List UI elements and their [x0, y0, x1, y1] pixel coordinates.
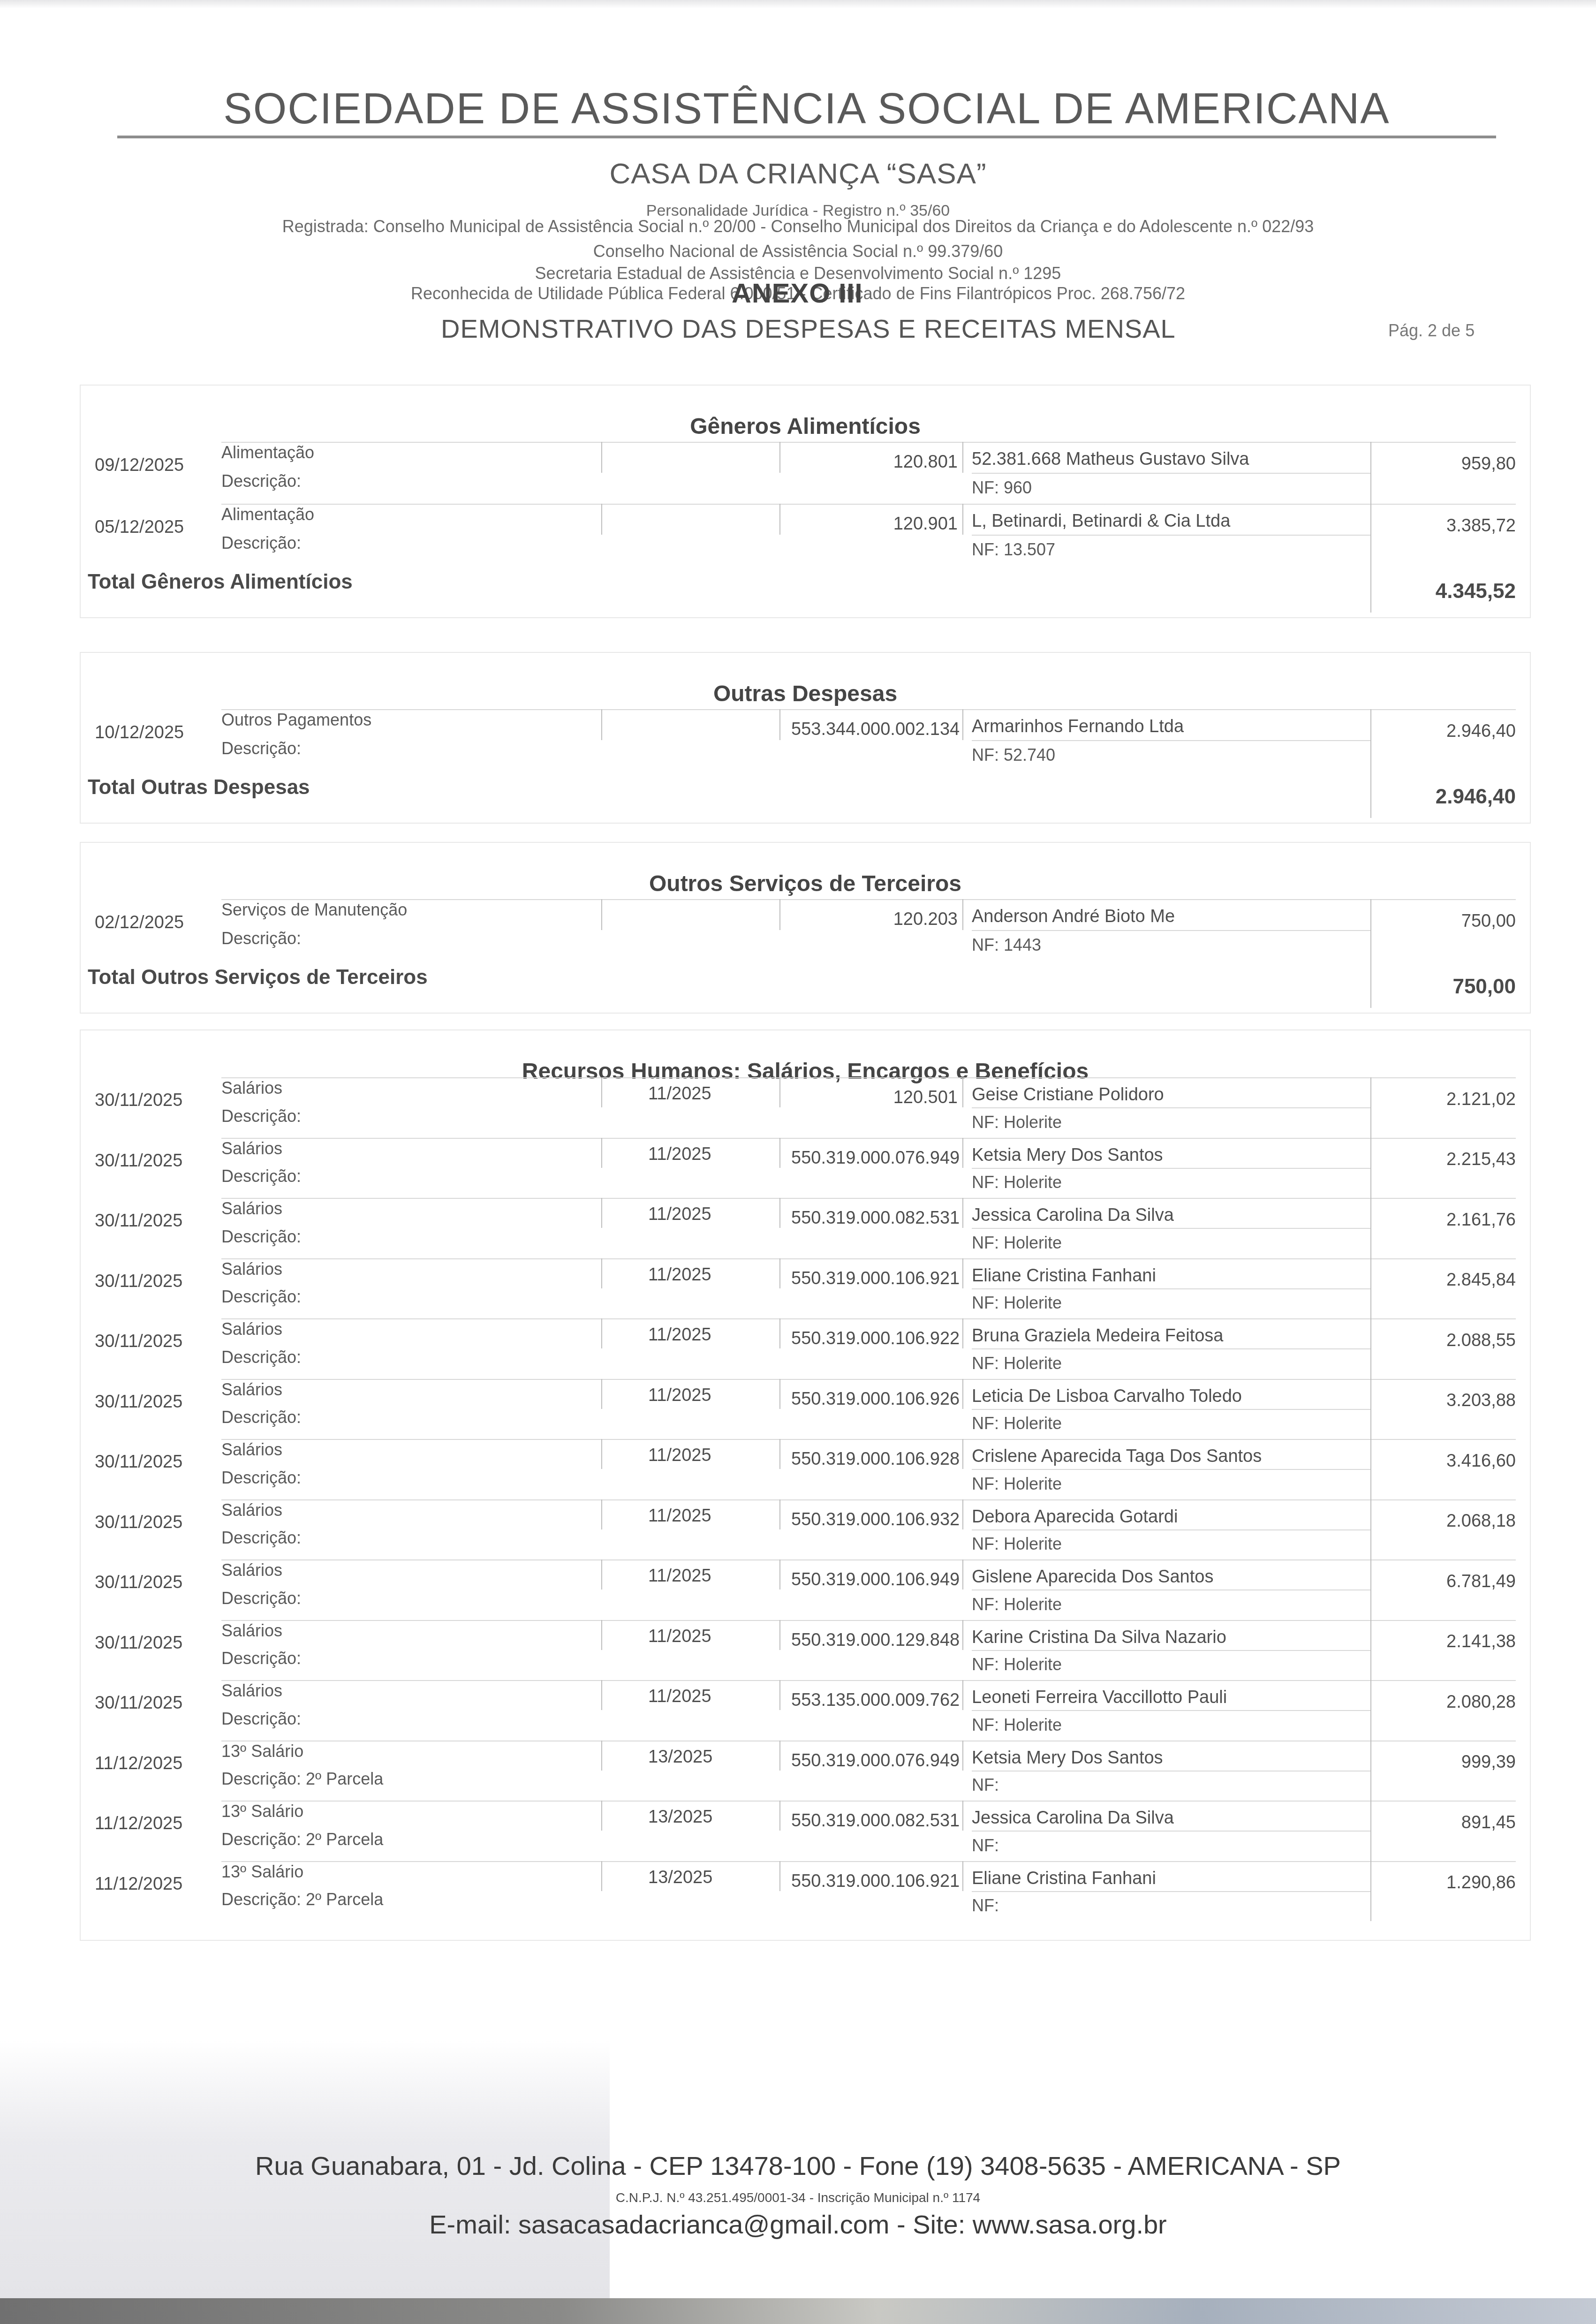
entry-description: Descrição:: [221, 1528, 301, 1548]
entry-competence: 13/2025: [648, 1807, 712, 1827]
section-title: Gêneros Alimentícios: [81, 414, 1530, 439]
entry-description: Descrição:: [221, 1649, 301, 1668]
column-divider: [779, 1559, 780, 1590]
column-divider: [779, 709, 780, 740]
table-row: 09/12/2025AlimentaçãoDescrição:120.80152…: [81, 442, 1530, 504]
row-divider: [972, 1469, 1370, 1470]
row-divider: [972, 1771, 1370, 1771]
table-row: 30/11/2025SaláriosDescrição:11/2025550.3…: [81, 1198, 1530, 1258]
entry-date: 30/11/2025: [95, 1513, 182, 1533]
entry-value: 891,45: [1380, 1813, 1516, 1833]
entry-supplier: Debora Aparecida Gotardi: [972, 1507, 1178, 1527]
column-divider: [1370, 1379, 1371, 1439]
column-divider: [601, 1861, 602, 1891]
entry-description: Descrição: 2º Parcela: [221, 1890, 383, 1909]
table-row: 30/11/2025SaláriosDescrição:11/2025550.3…: [81, 1318, 1530, 1379]
entry-value: 3.203,88: [1380, 1391, 1516, 1411]
column-divider: [1370, 1861, 1371, 1922]
entry-document: 553.344.000.002.134: [791, 719, 958, 740]
entry-supplier: Geise Cristiane Polidoro: [972, 1085, 1164, 1105]
table-row: 30/11/2025SaláriosDescrição:11/2025550.3…: [81, 1138, 1530, 1198]
entry-value: 2.845,84: [1380, 1270, 1516, 1290]
row-divider: [972, 473, 1370, 474]
entry-date: 30/11/2025: [95, 1151, 182, 1171]
entry-supplier: Karine Cristina Da Silva Nazario: [972, 1628, 1226, 1648]
column-divider: [601, 1138, 602, 1168]
entry-competence: 11/2025: [648, 1687, 711, 1707]
row-divider: [221, 709, 1516, 710]
column-divider: [779, 504, 780, 535]
column-divider: [601, 1499, 602, 1529]
entry-category: 13º Salário: [221, 1862, 303, 1882]
table-row: 02/12/2025Serviços de ManutençãoDescriçã…: [81, 899, 1530, 961]
entry-document: 550.319.000.076.949: [791, 1751, 958, 1771]
entry-category: Outros Pagamentos: [221, 710, 371, 730]
institution-name: CASA DA CRIANÇA “SASA”: [0, 157, 1596, 190]
row-divider: [972, 1348, 1370, 1349]
row-divider: [972, 1107, 1370, 1108]
entry-document: 553.135.000.009.762: [791, 1690, 958, 1711]
entry-category: Salários: [221, 1199, 282, 1219]
registration-line: Conselho Nacional de Assistência Social …: [0, 242, 1596, 261]
entry-nf: NF: Holerite: [972, 1474, 1062, 1494]
entry-value: 2.141,38: [1380, 1632, 1516, 1652]
entry-nf: NF:: [972, 1775, 999, 1795]
entry-value: 2.088,55: [1380, 1331, 1516, 1351]
column-divider: [779, 1861, 780, 1891]
row-divider: [221, 1559, 1516, 1560]
entry-date: 30/11/2025: [95, 1633, 182, 1653]
section-total-value: 750,00: [1370, 975, 1516, 999]
entry-date: 02/12/2025: [95, 913, 184, 933]
column-divider: [962, 1499, 963, 1529]
column-divider: [601, 504, 602, 535]
entry-description: Descrição:: [221, 1709, 301, 1729]
column-divider: [779, 1680, 780, 1710]
section-title: Outras Despesas: [81, 681, 1530, 707]
entry-category: Salários: [221, 1500, 282, 1520]
column-divider: [962, 1138, 963, 1168]
row-divider: [221, 1258, 1516, 1259]
entry-category: Salários: [221, 1319, 282, 1339]
row-divider: [221, 1077, 1516, 1078]
column-divider: [601, 1318, 602, 1348]
column-divider: [1370, 1559, 1371, 1620]
column-divider: [601, 1258, 602, 1288]
section-3: Recursos Humanos: Salários, Encargos e B…: [80, 1030, 1531, 1941]
entry-value: 3.385,72: [1380, 516, 1516, 536]
column-divider: [1370, 1680, 1371, 1741]
column-divider: [962, 1318, 963, 1348]
entry-value: 2.946,40: [1380, 721, 1516, 742]
row-divider: [221, 504, 1516, 505]
entry-document: 550.319.000.106.921: [791, 1871, 958, 1892]
entry-description: Descrição:: [221, 1106, 301, 1126]
entry-document: 120.501: [791, 1088, 958, 1108]
column-divider: [962, 1439, 963, 1469]
row-divider: [221, 1318, 1516, 1319]
entry-value: 3.416,60: [1380, 1451, 1516, 1471]
entry-competence: 11/2025: [648, 1566, 711, 1586]
entry-description: Descrição: 2º Parcela: [221, 1769, 383, 1789]
table-row: 11/12/202513º SalárioDescrição: 2º Parce…: [81, 1861, 1530, 1922]
page-number: Pág. 2 de 5: [1388, 321, 1475, 341]
row-divider: [972, 1288, 1370, 1289]
column-divider: [962, 1741, 963, 1771]
column-divider: [779, 1077, 780, 1107]
entry-document: 550.319.000.106.921: [791, 1269, 958, 1289]
entry-description: Descrição:: [221, 739, 301, 758]
entry-date: 11/12/2025: [95, 1754, 182, 1774]
section-0: Gêneros Alimentícios09/12/2025Alimentaçã…: [80, 385, 1531, 618]
table-row: 30/11/2025SaláriosDescrição:11/2025550.3…: [81, 1559, 1530, 1620]
entry-date: 30/11/2025: [95, 1272, 182, 1292]
column-divider: [962, 1258, 963, 1288]
entry-nf: NF: 960: [972, 478, 1032, 498]
entry-supplier: Jessica Carolina Da Silva: [972, 1205, 1174, 1226]
row-divider: [972, 1590, 1370, 1590]
entry-supplier: Ketsia Mery Dos Santos: [972, 1748, 1163, 1768]
entry-supplier: Leticia De Lisboa Carvalho Toledo: [972, 1386, 1242, 1407]
entry-nf: NF: 1443: [972, 935, 1041, 955]
table-row: 11/12/202513º SalárioDescrição: 2º Parce…: [81, 1801, 1530, 1861]
entry-description: Descrição:: [221, 1468, 301, 1488]
entry-supplier: Armarinhos Fernando Ltda: [972, 717, 1184, 737]
table-row: 30/11/2025SaláriosDescrição:11/2025120.5…: [81, 1077, 1530, 1138]
footer-contact: E-mail: sasacasadacrianca@gmail.com - Si…: [0, 2209, 1596, 2240]
entry-date: 11/12/2025: [95, 1874, 182, 1894]
column-divider: [1370, 1620, 1371, 1681]
column-divider: [962, 1861, 963, 1891]
section-2: Outros Serviços de Terceiros02/12/2025Se…: [80, 842, 1531, 1014]
entry-date: 05/12/2025: [95, 517, 184, 537]
entry-value: 750,00: [1380, 911, 1516, 931]
section-total-label: Total Outras Despesas: [88, 776, 310, 799]
entry-document: 550.319.000.106.922: [791, 1329, 958, 1349]
entry-document: 120.901: [791, 514, 958, 534]
entry-nf: NF: 52.740: [972, 745, 1055, 765]
entry-description: Descrição:: [221, 929, 301, 948]
column-divider: [1370, 1138, 1371, 1198]
entry-nf: NF: Holerite: [972, 1354, 1062, 1373]
row-divider: [972, 1168, 1370, 1169]
entry-date: 09/12/2025: [95, 455, 184, 476]
column-divider: [601, 1198, 602, 1228]
table-row: 11/12/202513º SalárioDescrição: 2º Parce…: [81, 1741, 1530, 1801]
column-divider: [1370, 1318, 1371, 1379]
entry-nf: NF: Holerite: [972, 1293, 1062, 1313]
entry-document: 550.319.000.082.531: [791, 1811, 958, 1831]
column-divider: [779, 1198, 780, 1228]
column-divider: [601, 709, 602, 740]
entry-nf: NF: Holerite: [972, 1414, 1062, 1433]
entry-value: 1.290,86: [1380, 1873, 1516, 1893]
entry-value: 2.215,43: [1380, 1150, 1516, 1170]
column-divider: [601, 442, 602, 473]
entry-description: Descrição:: [221, 1347, 301, 1367]
entry-value: 2.161,76: [1380, 1210, 1516, 1230]
row-divider: [972, 535, 1370, 536]
column-divider: [601, 1680, 602, 1710]
table-row: 30/11/2025SaláriosDescrição:11/2025550.3…: [81, 1439, 1530, 1499]
entry-supplier: 52.381.668 Matheus Gustavo Silva: [972, 449, 1249, 469]
entry-description: Descrição:: [221, 1589, 301, 1608]
column-divider: [779, 1499, 780, 1529]
column-divider: [962, 1379, 963, 1409]
row-divider: [221, 1741, 1516, 1741]
row-divider: [221, 1680, 1516, 1681]
entry-category: Salários: [221, 1380, 282, 1400]
entry-category: Serviços de Manutenção: [221, 900, 407, 920]
entry-value: 2.121,02: [1380, 1090, 1516, 1110]
entry-supplier: Jessica Carolina Da Silva: [972, 1808, 1174, 1828]
row-divider: [972, 1650, 1370, 1651]
section-1: Outras Despesas10/12/2025Outros Pagament…: [80, 652, 1531, 824]
entry-document: 550.319.000.106.949: [791, 1570, 958, 1590]
table-row: 30/11/2025SaláriosDescrição:11/2025550.3…: [81, 1379, 1530, 1439]
row-divider: [972, 1710, 1370, 1711]
column-divider: [779, 1379, 780, 1409]
column-divider: [601, 1741, 602, 1771]
entry-description: Descrição:: [221, 533, 301, 553]
column-divider: [1370, 771, 1371, 818]
entry-nf: NF: Holerite: [972, 1715, 1062, 1735]
entry-date: 10/12/2025: [95, 723, 184, 743]
column-divider: [962, 1198, 963, 1228]
row-divider: [221, 1801, 1516, 1802]
entry-date: 30/11/2025: [95, 1090, 182, 1111]
column-divider: [601, 1077, 602, 1107]
scan-bottom-edge: [0, 2298, 1596, 2324]
entry-category: Alimentação: [221, 505, 314, 524]
entry-nf: NF:: [972, 1896, 999, 1915]
column-divider: [962, 709, 963, 740]
entry-document: 550.319.000.076.949: [791, 1148, 958, 1168]
entry-supplier: Bruna Graziela Medeira Feitosa: [972, 1326, 1223, 1346]
entry-value: 959,80: [1380, 454, 1516, 474]
row-divider: [972, 1409, 1370, 1410]
table-row: 30/11/2025SaláriosDescrição:11/2025550.3…: [81, 1258, 1530, 1319]
column-divider: [779, 1318, 780, 1348]
entry-category: Salários: [221, 1139, 282, 1158]
entry-document: 550.319.000.082.531: [791, 1208, 958, 1228]
footer-address: Rua Guanabara, 01 - Jd. Colina - CEP 134…: [0, 2150, 1596, 2181]
entry-description: Descrição:: [221, 1166, 301, 1186]
row-divider: [221, 1379, 1516, 1380]
entry-date: 30/11/2025: [95, 1392, 182, 1412]
column-divider: [1370, 961, 1371, 1008]
column-divider: [962, 504, 963, 535]
column-divider: [962, 442, 963, 473]
column-divider: [601, 1439, 602, 1469]
entry-description: Descrição: 2º Parcela: [221, 1830, 383, 1849]
entry-description: Descrição:: [221, 1287, 301, 1307]
row-divider: [972, 1228, 1370, 1229]
column-divider: [1370, 1198, 1371, 1258]
column-divider: [1370, 1741, 1371, 1801]
table-row: 10/12/2025Outros PagamentosDescrição:553…: [81, 709, 1530, 771]
column-divider: [1370, 709, 1371, 771]
column-divider: [779, 1138, 780, 1168]
column-divider: [601, 899, 602, 930]
entry-supplier: Crislene Aparecida Taga Dos Santos: [972, 1446, 1262, 1467]
row-divider: [972, 930, 1370, 931]
footer-cnpj: C.N.P.J. N.º 43.251.495/0001-34 - Inscri…: [0, 2190, 1596, 2205]
entry-category: Salários: [221, 1681, 282, 1701]
entry-document: 120.203: [791, 909, 958, 930]
entry-category: Salários: [221, 1078, 282, 1098]
column-divider: [1370, 1439, 1371, 1499]
column-divider: [962, 1801, 963, 1831]
entry-supplier: Eliane Cristina Fanhani: [972, 1266, 1156, 1286]
column-divider: [1370, 1258, 1371, 1319]
entry-description: Descrição:: [221, 471, 301, 491]
column-divider: [1370, 504, 1371, 566]
entry-competence: 11/2025: [648, 1265, 711, 1285]
column-divider: [962, 1680, 963, 1710]
entry-document: 550.319.000.106.926: [791, 1389, 958, 1409]
entry-value: 999,39: [1380, 1752, 1516, 1772]
entry-description: Descrição:: [221, 1408, 301, 1427]
entry-competence: 11/2025: [648, 1144, 711, 1165]
row-divider: [221, 1861, 1516, 1862]
registration-line: Registrada: Conselho Municipal de Assist…: [0, 217, 1596, 236]
column-divider: [1370, 1077, 1371, 1138]
entry-supplier: Anderson André Bioto Me: [972, 907, 1175, 927]
table-row: 30/11/2025SaláriosDescrição:11/2025550.3…: [81, 1620, 1530, 1681]
column-divider: [779, 1439, 780, 1469]
column-divider: [962, 1559, 963, 1590]
table-row: 30/11/2025SaláriosDescrição:11/2025553.1…: [81, 1680, 1530, 1741]
column-divider: [779, 1258, 780, 1288]
entry-date: 30/11/2025: [95, 1211, 182, 1231]
entry-nf: NF: Holerite: [972, 1113, 1062, 1132]
row-divider: [221, 1198, 1516, 1199]
entry-nf: NF: Holerite: [972, 1655, 1062, 1674]
entry-date: 30/11/2025: [95, 1332, 182, 1352]
entry-value: 2.080,28: [1380, 1692, 1516, 1712]
entry-category: Salários: [221, 1621, 282, 1641]
entry-document: 550.319.000.129.848: [791, 1630, 958, 1650]
row-divider: [221, 1439, 1516, 1440]
column-divider: [601, 1620, 602, 1650]
entry-category: 13º Salário: [221, 1741, 303, 1761]
column-divider: [779, 1620, 780, 1650]
column-divider: [1370, 899, 1371, 961]
column-divider: [601, 1379, 602, 1409]
entry-supplier: Gislene Aparecida Dos Santos: [972, 1567, 1213, 1587]
column-divider: [601, 1801, 602, 1831]
table-row: 30/11/2025SaláriosDescrição:11/2025550.3…: [81, 1499, 1530, 1560]
entry-date: 11/12/2025: [95, 1814, 182, 1834]
row-divider: [221, 1138, 1516, 1139]
entry-description: Descrição:: [221, 1227, 301, 1247]
entry-nf: NF: 13.507: [972, 540, 1055, 560]
entry-competence: 11/2025: [648, 1627, 711, 1647]
entry-competence: 13/2025: [648, 1868, 712, 1888]
row-divider: [972, 1831, 1370, 1832]
column-divider: [1370, 442, 1371, 504]
section-total-label: Total Gêneros Alimentícios: [88, 570, 353, 594]
entry-category: Salários: [221, 1259, 282, 1279]
column-divider: [962, 899, 963, 930]
entry-supplier: Leoneti Ferreira Vaccillotto Pauli: [972, 1688, 1227, 1708]
report-title: DEMONSTRATIVO DAS DESPESAS E RECEITAS ME…: [441, 313, 1176, 344]
entry-category: Alimentação: [221, 443, 314, 462]
entry-competence: 13/2025: [648, 1747, 712, 1767]
column-divider: [601, 1559, 602, 1590]
row-divider: [221, 442, 1516, 443]
entry-competence: 11/2025: [648, 1446, 711, 1466]
row-divider: [972, 1891, 1370, 1892]
entry-competence: 11/2025: [648, 1506, 711, 1526]
entry-document: 550.319.000.106.928: [791, 1449, 958, 1469]
entry-nf: NF:: [972, 1836, 999, 1855]
section-title: Outros Serviços de Terceiros: [81, 871, 1530, 897]
entry-category: Salários: [221, 1440, 282, 1460]
section-total-label: Total Outros Serviços de Terceiros: [88, 966, 428, 989]
entry-date: 30/11/2025: [95, 1693, 182, 1713]
column-divider: [779, 1801, 780, 1831]
entry-nf: NF: Holerite: [972, 1534, 1062, 1554]
entry-supplier: Ketsia Mery Dos Santos: [972, 1145, 1163, 1166]
entry-competence: 11/2025: [648, 1204, 711, 1225]
row-divider: [972, 740, 1370, 741]
row-divider: [221, 1499, 1516, 1500]
row-divider: [972, 1529, 1370, 1530]
entry-category: 13º Salário: [221, 1802, 303, 1821]
entry-competence: 11/2025: [648, 1385, 711, 1406]
scan-top-edge: [0, 0, 1596, 8]
organization-name: SOCIEDADE DE ASSISTÊNCIA SOCIAL DE AMERI…: [117, 84, 1496, 138]
entry-date: 30/11/2025: [95, 1573, 182, 1593]
entry-date: 30/11/2025: [95, 1452, 182, 1472]
entry-document: 550.319.000.106.932: [791, 1510, 958, 1530]
column-divider: [962, 1077, 963, 1107]
column-divider: [779, 1741, 780, 1771]
entry-competence: 11/2025: [648, 1084, 711, 1104]
entry-nf: NF: Holerite: [972, 1173, 1062, 1192]
row-divider: [221, 899, 1516, 900]
section-total-value: 2.946,40: [1370, 785, 1516, 809]
entry-document: 120.801: [791, 452, 958, 472]
column-divider: [779, 442, 780, 473]
entry-category: Salários: [221, 1560, 282, 1580]
entry-value: 6.781,49: [1380, 1572, 1516, 1592]
column-divider: [1370, 1801, 1371, 1861]
entry-supplier: L, Betinardi, Betinardi & Cia Ltda: [972, 511, 1230, 531]
column-divider: [779, 899, 780, 930]
table-row: 05/12/2025AlimentaçãoDescrição:120.901L,…: [81, 504, 1530, 566]
entry-nf: NF: Holerite: [972, 1233, 1062, 1253]
entry-competence: 11/2025: [648, 1325, 711, 1345]
annex-label: ANEXO III: [732, 278, 863, 309]
column-divider: [1370, 566, 1371, 613]
entry-value: 2.068,18: [1380, 1511, 1516, 1531]
row-divider: [221, 1620, 1516, 1621]
section-total-value: 4.345,52: [1370, 580, 1516, 603]
entry-supplier: Eliane Cristina Fanhani: [972, 1869, 1156, 1889]
column-divider: [962, 1620, 963, 1650]
entry-nf: NF: Holerite: [972, 1595, 1062, 1614]
column-divider: [1370, 1499, 1371, 1560]
